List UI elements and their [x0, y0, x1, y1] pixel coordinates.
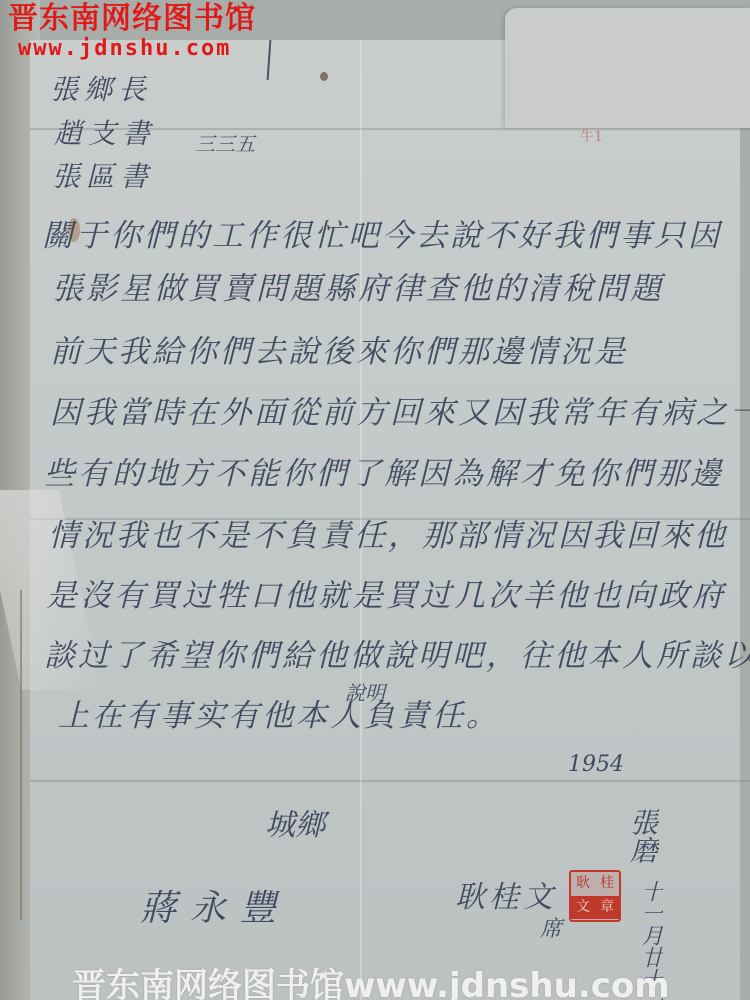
letter-body-line: 上在有事实有他本人負責任。 [58, 690, 500, 735]
top-right-signature: 張磨 [622, 808, 662, 864]
letter-body-line: 是沒有買过牲口他就是買过几次羊他也向政府 [46, 570, 726, 615]
date-month-day: 十一月廿十一日 [635, 880, 665, 970]
letter-body-line: 談过了希望你們給他做說明吧，往他本人所談以 [44, 630, 750, 675]
right-signature-suffix: 席 [540, 912, 562, 943]
watermark-title: 晋东南网络图书馆 [8, 2, 256, 36]
seal-char: 文 [571, 896, 595, 919]
letter-body-line: 些有的地方不能你們了解因為解才免你們那邊 [44, 448, 724, 493]
red-seal-stamp: 耿 桂 文 章 [569, 870, 621, 922]
addressee-line: 張區書 [52, 155, 154, 195]
right-signature: 耿桂文 [455, 872, 557, 916]
date-year: 1954 [568, 752, 624, 777]
letter-body-line: 情況我也不是不負責任，那部情況因我回來他 [48, 510, 728, 555]
left-signature: 蔣永豐 [140, 880, 290, 931]
addressee-note: 三三五 [195, 128, 255, 157]
seal-char: 耿 [571, 872, 595, 895]
pin-hole [320, 72, 328, 81]
fold-line [30, 780, 750, 782]
folded-paper-flap [505, 8, 750, 128]
letter-body-line: 張影星做買賣問題縣府律查他的清稅問題 [52, 263, 664, 308]
seal-char: 桂 [595, 872, 619, 895]
watermark-url: www.jdnshu.com [18, 36, 231, 61]
letter-body-line: 前天我給你們去說後來你們那邊情況是 [50, 326, 628, 371]
seal-char: 章 [595, 896, 619, 919]
letter-body-line: 因我當時在外面從前方回來又因我常年有病之一 [50, 387, 750, 432]
addressee-line: 張鄉長 [50, 68, 152, 108]
letter-body-line: 關于你們的工作很忙吧今去說不好我們事只因 [42, 210, 722, 255]
red-ink-mark: 牛1 [580, 126, 603, 146]
addressee-line: 趙支書 [54, 112, 156, 152]
witness-signature: 城鄉 [265, 800, 325, 844]
margin-line [20, 590, 22, 920]
watermark-bottom: 晋东南网络图书馆www.jdnshu.com [72, 958, 670, 1000]
